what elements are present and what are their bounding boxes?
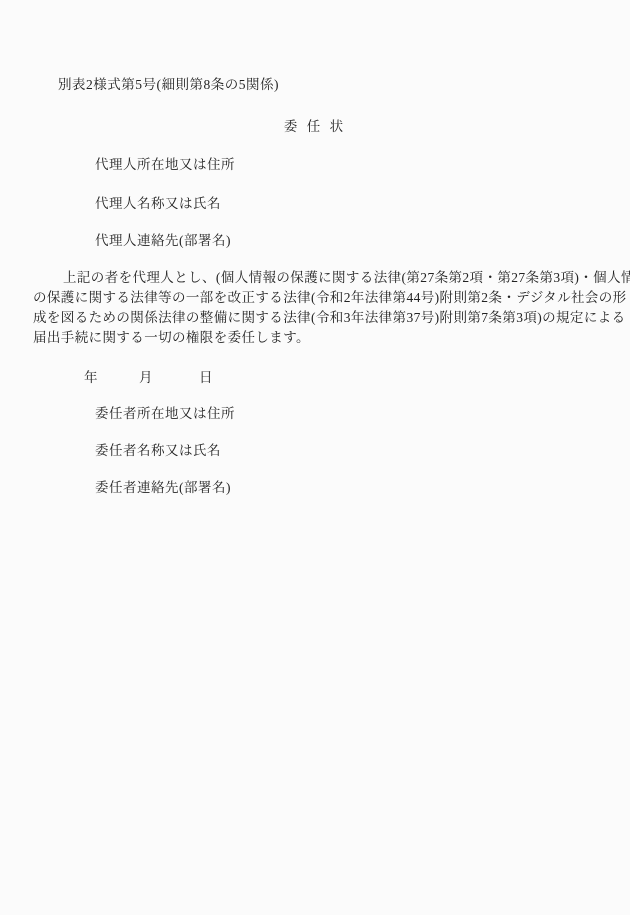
form-reference: 別表2様式第5号(細則第8条の5関係) bbox=[58, 77, 279, 92]
document-page: 別表2様式第5号(細則第8条の5関係) 委 任 状 代理人所在地又は住所 代理人… bbox=[0, 0, 630, 915]
principal-address-label: 委任者所在地又は住所 bbox=[95, 406, 235, 421]
document-title: 委 任 状 bbox=[0, 119, 630, 134]
date-year-label: 年 bbox=[84, 366, 98, 386]
agent-name-label: 代理人名称又は氏名 bbox=[95, 196, 221, 211]
body-line-1: 上記の者を代理人とし、(個人情報の保護に関する法律(第27条第2項・第27条第3… bbox=[33, 268, 608, 288]
date-line: 年 月 日 bbox=[0, 366, 630, 381]
principal-name-label: 委任者名称又は氏名 bbox=[95, 443, 221, 458]
date-month-label: 月 bbox=[139, 366, 153, 386]
agent-contact-label: 代理人連絡先(部署名) bbox=[95, 233, 231, 248]
body-line-4: 届出手続に関する一切の権限を委任します。 bbox=[33, 328, 608, 348]
delegation-body-paragraph: 上記の者を代理人とし、(個人情報の保護に関する法律(第27条第2項・第27条第3… bbox=[33, 268, 608, 348]
body-line-2: の保護に関する法律等の一部を改正する法律(令和2年法律第44号)附則第2条・デジ… bbox=[33, 288, 608, 308]
agent-address-label: 代理人所在地又は住所 bbox=[95, 157, 235, 172]
body-line-3: 成を図るための関係法律の整備に関する法律(令和3年法律第37号)附則第7条第3項… bbox=[33, 308, 608, 328]
date-day-label: 日 bbox=[199, 366, 213, 386]
principal-contact-label: 委任者連絡先(部署名) bbox=[95, 480, 231, 495]
